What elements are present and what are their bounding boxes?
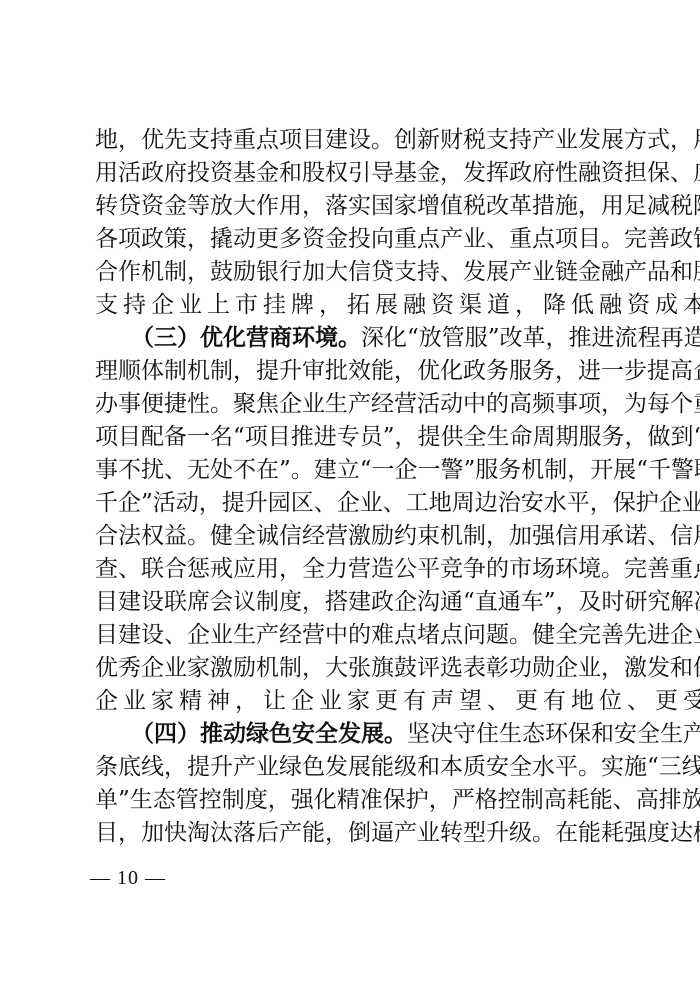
text-line: 千企”活动，提升园区、企业、工地周边治安水平，保护企业家 bbox=[95, 487, 605, 520]
text-line: 转贷资金等放大作用，落实国家增值税改革措施，用足减税降费 bbox=[95, 190, 605, 223]
section-heading-3: （三）优化营商环境。 bbox=[131, 325, 361, 351]
text-line: 合法权益。健全诚信经营激励约束机制，加强信用承诺、信用审 bbox=[95, 520, 605, 553]
text-line: 项目配备一名“项目推进专员”，提供全生命周期服务，做到“无 bbox=[95, 421, 605, 454]
text-line: 目建设联席会议制度，搭建政企沟通“直通车”，及时研究解决项 bbox=[95, 586, 605, 619]
text-line: 查、联合惩戒应用，全力营造公平竞争的市场环境。完善重点项 bbox=[95, 553, 605, 586]
text-line: 单”生态管控制度，强化精准保护，严格控制高耗能、高排放项 bbox=[95, 784, 605, 817]
text-line: 目，加快淘汰落后产能，倒逼产业转型升级。在能耗强度达标的 bbox=[95, 817, 605, 850]
text-line: 地，优先支持重点项目建设。创新财税支持产业发展方式，用好 bbox=[95, 124, 605, 157]
text-line: 条底线，提升产业绿色发展能级和本质安全水平。实施“三线一 bbox=[95, 751, 605, 784]
text-line: 目建设、企业生产经营中的难点堵点问题。健全完善先进企业、 bbox=[95, 619, 605, 652]
text-line: 理顺体制机制，提升审批效能，优化政务服务，进一步提高企业 bbox=[95, 355, 605, 388]
text-line: 办事便捷性。聚焦企业生产经营活动中的高频事项，为每个重点 bbox=[95, 388, 605, 421]
text-line: 支持企业上市挂牌，拓展融资渠道，降低融资成本。 bbox=[95, 289, 605, 322]
text-line: 企业家精神，让企业家更有声望、更有地位、更受尊重。 bbox=[95, 685, 605, 718]
text-line: 事不扰、无处不在”。建立“一企一警”服务机制，开展“千警联 bbox=[95, 454, 605, 487]
section-heading-line: （三）优化营商环境。深化“放管服”改革，推进流程再造， bbox=[95, 322, 605, 355]
section-heading-line: （四）推动绿色安全发展。坚决守住生态环保和安全生产两 bbox=[95, 718, 605, 751]
text-line: 合作机制，鼓励银行加大信贷支持、发展产业链金融产品和服务， bbox=[95, 256, 605, 289]
body-text: 地，优先支持重点项目建设。创新财税支持产业发展方式，用好 用活政府投资基金和股权… bbox=[95, 124, 605, 850]
page-number: — 10 — bbox=[90, 866, 166, 890]
document-page: 地，优先支持重点项目建设。创新财税支持产业发展方式，用好 用活政府投资基金和股权… bbox=[0, 0, 700, 989]
text-line: 各项政策，撬动更多资金投向重点产业、重点项目。完善政银企 bbox=[95, 223, 605, 256]
text-line: 用活政府投资基金和股权引导基金，发挥政府性融资担保、应急 bbox=[95, 157, 605, 190]
text-line: 优秀企业家激励机制，大张旗鼓评选表彰功勋企业，激发和保护 bbox=[95, 652, 605, 685]
section-heading-4: （四）推动绿色安全发展。 bbox=[131, 721, 407, 747]
